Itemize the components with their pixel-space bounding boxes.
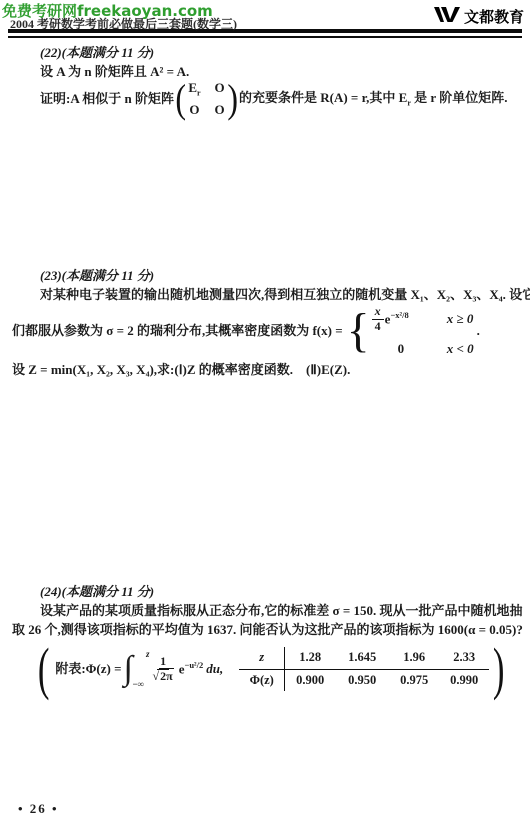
case-1-condition: x ≥ 0 [447,310,474,328]
sentence-period: . [477,322,480,340]
table-phi-value: 0.900 [285,670,335,692]
annex-right-paren: ) [493,640,505,698]
case-2-condition: x < 0 [447,340,474,358]
table-header-z: z [239,647,285,670]
integral-sign: ∫ z −∞ [124,648,148,690]
table-z-value: 2.33 [439,647,489,670]
case-1-value: x 4 e−x²/8 [372,305,409,334]
problem-22-proof-line: 证明:A 相似于 n 阶矩阵 ( Er O O O ) 的充要条件是 R(A) … [40,79,507,119]
table-z-value: 1.645 [335,647,389,670]
problem-23-heading: (23)(本题满分 11 分) [40,267,154,285]
du-text: du, [206,660,223,678]
problem-23-line1: 对某种电子装置的输出随机地测量四次,得到相互独立的随机变量 X₁、X₂、X₃、X… [40,286,530,304]
annex-left-paren: ( [38,640,50,698]
fraction-one-over-sqrt2pi: 1 √2π [150,655,177,684]
matrix-cell: O [215,79,225,99]
publisher-name: 文都教育 [464,6,524,27]
phi-lookup-table: z 1.28 1.645 1.96 2.33 Φ(z) 0.900 0.950 … [239,647,489,692]
table-phi-value: 0.990 [439,670,489,692]
exp-term: e−x²/8 [385,310,409,328]
wendu-w-icon [434,7,460,27]
proof-pre-text: 证明:A 相似于 n 阶矩阵 [40,90,174,108]
table-z-value: 1.28 [285,647,335,670]
problem-24-line1: 设某产品的某项质量指标服从正态分布,它的标准差 σ = 150. 现从一批产品中… [40,602,522,620]
matrix-left-paren: ( [175,79,186,119]
annex-label: 附表:Φ(z) = [55,660,121,678]
watermark-text: 免费考研网freekaoyan.com [2,0,213,21]
publisher-logo: 文都教育 [434,6,524,27]
matrix-cell: O [215,101,225,119]
table-header-phi: Φ(z) [239,670,285,692]
problem-24-annex: ( 附表:Φ(z) = ∫ z −∞ 1 √2π e−u²/2 du, z 1.… [34,640,509,698]
problem-23-density-line: 们都服从参数为 σ = 2 的瑞利分布,其概率密度函数为 f(x) = { x … [12,303,480,359]
problem-22-statement: 设 A 为 n 阶矩阵且 A² = A. [40,63,189,81]
matrix-cell: O [188,101,200,119]
piecewise-brace: { [347,307,370,355]
problem-23-line3: 设 Z = min(X₁, X₂, X₃, X₄),求:(Ⅰ)Z 的概率密度函数… [12,361,350,379]
table-phi-value: 0.975 [389,670,439,692]
proof-post-text: 的充要条件是 R(A) = r,其中 Er 是 r 阶单位矩阵. [239,89,507,109]
exp-term: e−u²/2 [179,660,204,678]
matrix-right-paren: ) [227,79,238,119]
matrix-cell: Er [188,79,200,99]
piecewise-cases: x 4 e−x²/8 x ≥ 0 0 x < 0 [372,305,474,357]
page-number: • 26 • [18,801,59,817]
problem-24-heading: (24)(本题满分 11 分) [40,583,154,601]
table-z-value: 1.96 [389,647,439,670]
block-matrix: Er O O O [188,79,224,119]
fraction-x-over-4: x 4 [372,305,384,334]
scanned-exam-page: 免费考研网freekaoyan.com 2004 考研数学考前必做最后三套题(数… [0,0,530,828]
case-2-value: 0 [398,340,409,358]
density-pre-text: 们都服从参数为 σ = 2 的瑞利分布,其概率密度函数为 f(x) = [12,322,343,340]
problem-24-line2: 取 26 个,测得该项指标的平均值为 1637. 问能否认为这批产品的该项指标为… [12,621,523,639]
table-phi-value: 0.950 [335,670,389,692]
problem-22-heading: (22)(本题满分 11 分) [40,44,154,62]
